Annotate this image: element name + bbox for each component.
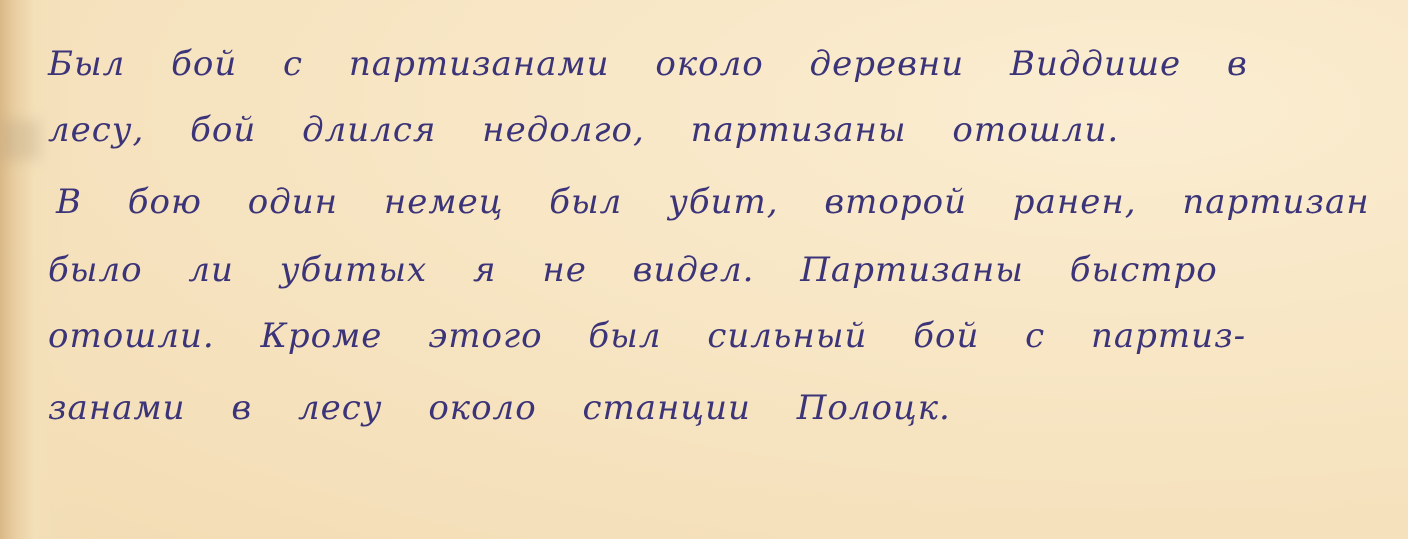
text-line-3: В бою один немец был убит, второй ранен,…: [56, 172, 1368, 232]
text-line-2: лесу, бой длился недолго, партизаны отош…: [48, 100, 1368, 160]
text-line-5: отошли. Кроме этого был сильный бой с па…: [48, 306, 1368, 366]
text-line-6: занами в лесу около станции Полоцк.: [48, 378, 1368, 438]
text-line-4: было ли убитых я не видел. Партизаны быс…: [48, 240, 1368, 300]
text-line-1: Был бой с партизанами около деревни Видд…: [48, 34, 1368, 94]
handwritten-document-page: Был бой с партизанами около деревни Видд…: [0, 0, 1408, 539]
